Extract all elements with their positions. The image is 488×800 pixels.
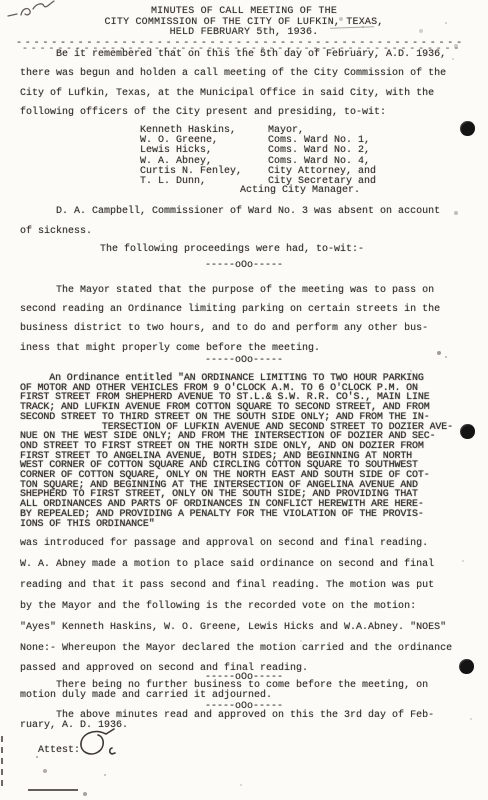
- section-separator: -----oOo-----: [0, 261, 488, 271]
- punch-hole: [459, 659, 474, 674]
- paragraph-vote-record: was introduced for passage and approval …: [20, 534, 452, 680]
- punch-hole: [460, 424, 475, 439]
- signature-path: [81, 729, 115, 754]
- officers-list: Kenneth Haskins,Mayor, W. O. Greene,Coms…: [140, 126, 376, 187]
- signature-scribble-icon: [74, 726, 122, 762]
- paragraph-opening: Be it remembered that on this the 5th da…: [20, 45, 446, 123]
- scan-speckles: [0, 0, 2, 2]
- acting-manager-line: Acting City Manager.: [240, 186, 360, 196]
- document-title: MINUTES OF CALL MEETING OF THE CITY COMM…: [0, 7, 488, 39]
- scanned-minutes-page: MINUTES OF CALL MEETING OF THE CITY COMM…: [0, 0, 488, 800]
- paragraph-adjournment: There being no further business to come …: [20, 681, 428, 702]
- paragraph-absent: D. A. Campbell, Commissioner of Ward No.…: [20, 202, 440, 242]
- punch-hole: [460, 121, 475, 136]
- pencil-path: [8, 1, 54, 16]
- scan-bottom-mark: [28, 789, 78, 791]
- paragraph-proceedings: The following proceedings were had, to-w…: [100, 245, 364, 255]
- ordinance-title-text: An Ordinance entitled "AN ORDINANCE LIMI…: [20, 374, 453, 529]
- scan-edge-artifact: [1, 736, 3, 786]
- paragraph-purpose: The Mayor stated that the purpose of the…: [20, 281, 440, 358]
- section-separator: -----oOo-----: [0, 356, 488, 366]
- pencil-scribble-icon: [4, 0, 56, 24]
